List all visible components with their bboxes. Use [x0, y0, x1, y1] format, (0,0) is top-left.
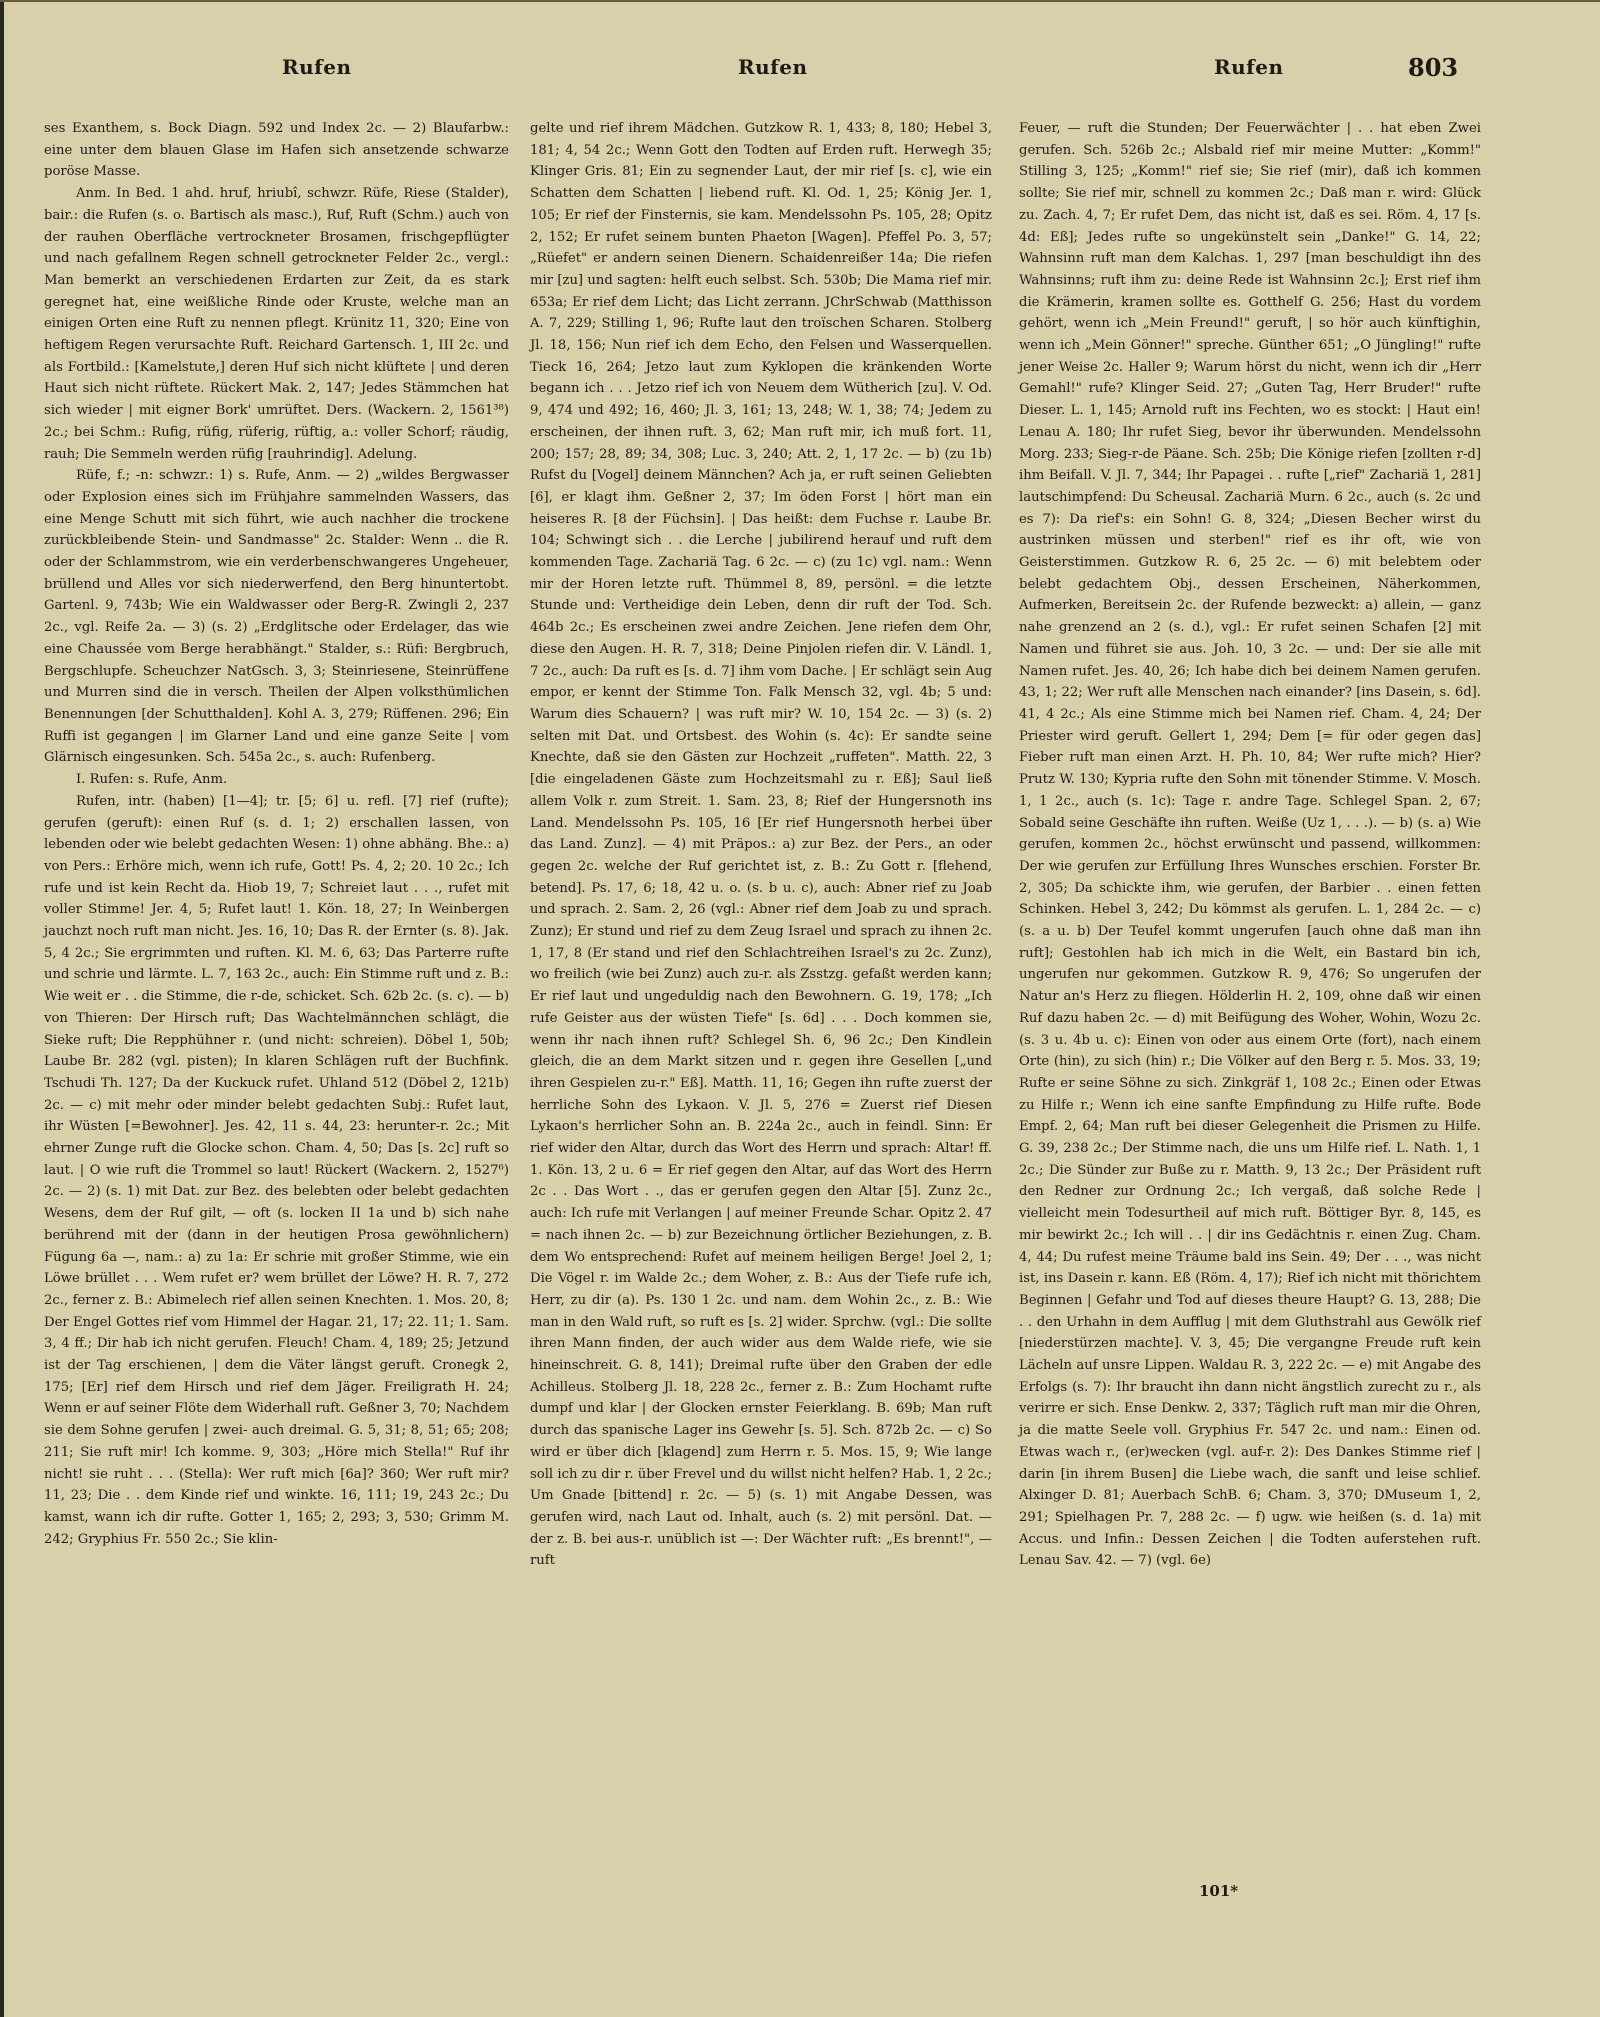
page-number: 803: [1408, 53, 1458, 82]
entry-rufen-continued-2: Feuer, — ruft die Stunden; Der Feuerwäch…: [1019, 118, 1481, 1572]
printer-signature: 101*: [1199, 1882, 1238, 1900]
running-head-left: Rufen: [282, 55, 352, 79]
column-right: Feuer, — ruft die Stunden; Der Feuerwäch…: [1019, 118, 1481, 1572]
entry-rufen-continued: gelte und rief ihrem Mädchen. Gutzkow R.…: [530, 118, 992, 1572]
entry-continuation: ses Exanthem, s. Bock Diagn. 592 und Ind…: [44, 118, 509, 183]
page-header: Rufen Rufen Rufen 803: [0, 55, 1600, 95]
entry-note: Anm. In Bed. 1 ahd. hruf, hriubî, schwzr…: [44, 183, 509, 465]
page-edge-top: [0, 0, 1600, 2]
column-left: ses Exanthem, s. Bock Diagn. 592 und Ind…: [44, 118, 509, 1550]
column-middle: gelte und rief ihrem Mädchen. Gutzkow R.…: [530, 118, 992, 1572]
page-edge: [0, 0, 4, 2017]
running-head-center: Rufen: [738, 55, 808, 79]
entry-rufen-i: I. Rufen: s. Rufe, Anm.: [44, 769, 509, 791]
running-head-right: Rufen: [1214, 55, 1284, 79]
entry-rufen: Rufen, intr. (haben) [1—4]; tr. [5; 6] u…: [44, 791, 509, 1551]
entry-ruefe: Rüfe, f.; -n: schwzr.: 1) s. Rufe, Anm. …: [44, 465, 509, 769]
